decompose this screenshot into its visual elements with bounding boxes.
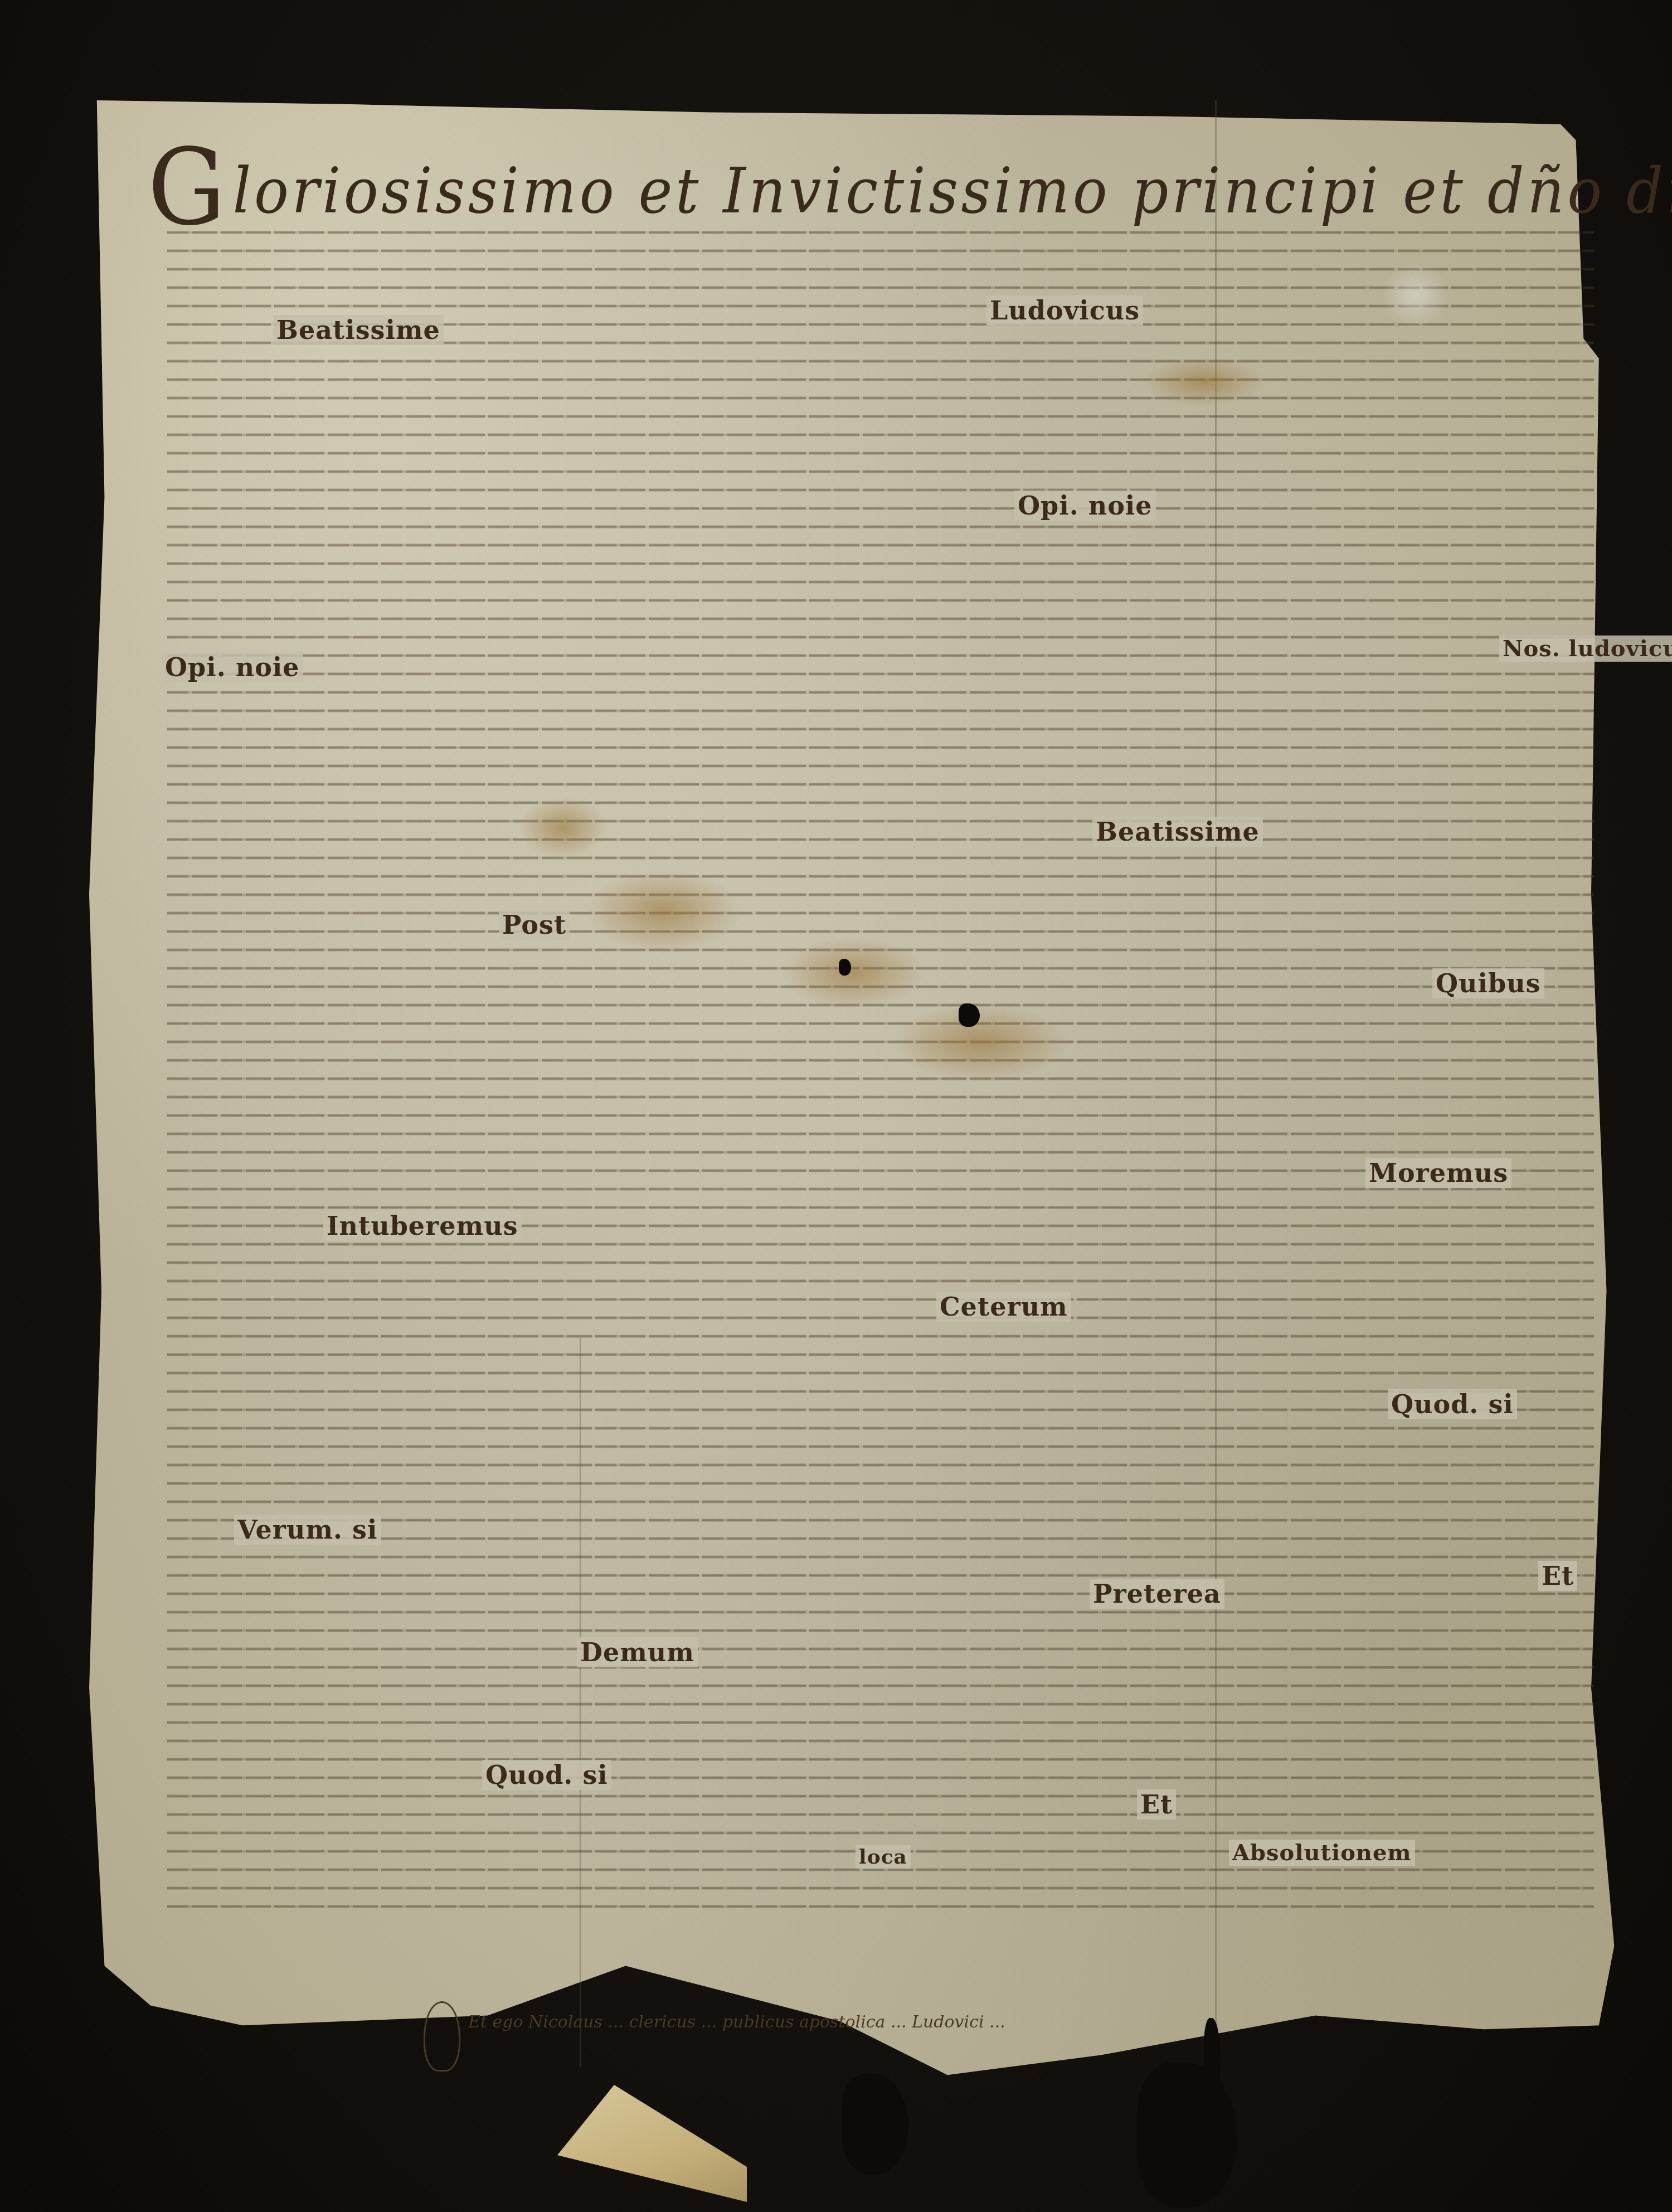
hole bbox=[959, 1003, 980, 1027]
hole bbox=[839, 959, 851, 976]
title-text: loriosissimo et Invictissimo principi et… bbox=[233, 155, 1672, 227]
heading-et-2: Et bbox=[1137, 1789, 1176, 1820]
stain bbox=[1143, 357, 1265, 407]
heading-ludovicus: Ludovicus bbox=[986, 295, 1143, 326]
document-title: Gloriosissimo et Invictissimo principi e… bbox=[148, 125, 1672, 249]
stain bbox=[518, 797, 607, 858]
stain bbox=[780, 937, 925, 1009]
heading-beatissime: Beatissime bbox=[273, 315, 444, 345]
heading-ceterum: Ceterum bbox=[936, 1292, 1071, 1322]
heading-intuberemus: Intuberemus bbox=[323, 1211, 522, 1241]
heading-moremus: Moremus bbox=[1365, 1158, 1511, 1188]
stain bbox=[585, 870, 741, 953]
heading-beatissime-2: Beatissime bbox=[1092, 817, 1263, 847]
heading-verum-si: Verum. si bbox=[234, 1515, 381, 1545]
stain bbox=[892, 1003, 1070, 1081]
heading-preterea: Preterea bbox=[1090, 1579, 1224, 1609]
body-text-lines bbox=[167, 223, 1594, 1923]
heading-nos-ludovicus: Nos. ludovicus bbox=[1499, 636, 1672, 662]
heading-opi-noie: Opi. noie bbox=[1014, 491, 1156, 521]
heading-loca: loca bbox=[856, 1845, 911, 1869]
heading-post: Post bbox=[499, 910, 570, 940]
heading-quod-si: Quod. si bbox=[1388, 1389, 1517, 1419]
tear bbox=[1204, 2018, 1221, 2096]
heading-demum: Demum bbox=[577, 1637, 698, 1667]
notarial-sign bbox=[424, 2001, 460, 2072]
notarial-subscription: Et ego Nicolaus ... clericus ... publicu… bbox=[468, 2012, 1005, 2032]
heading-quod-si-2: Quod. si bbox=[482, 1760, 611, 1790]
heading-opi-noie-2: Opi. noie bbox=[162, 652, 303, 682]
wax-mark bbox=[1382, 262, 1449, 329]
heading-et: Et bbox=[1538, 1561, 1577, 1591]
title-initial: G bbox=[148, 125, 229, 249]
heading-quibus: Quibus bbox=[1432, 968, 1544, 998]
heading-absolutionem: Absolutionem bbox=[1229, 1840, 1415, 1866]
